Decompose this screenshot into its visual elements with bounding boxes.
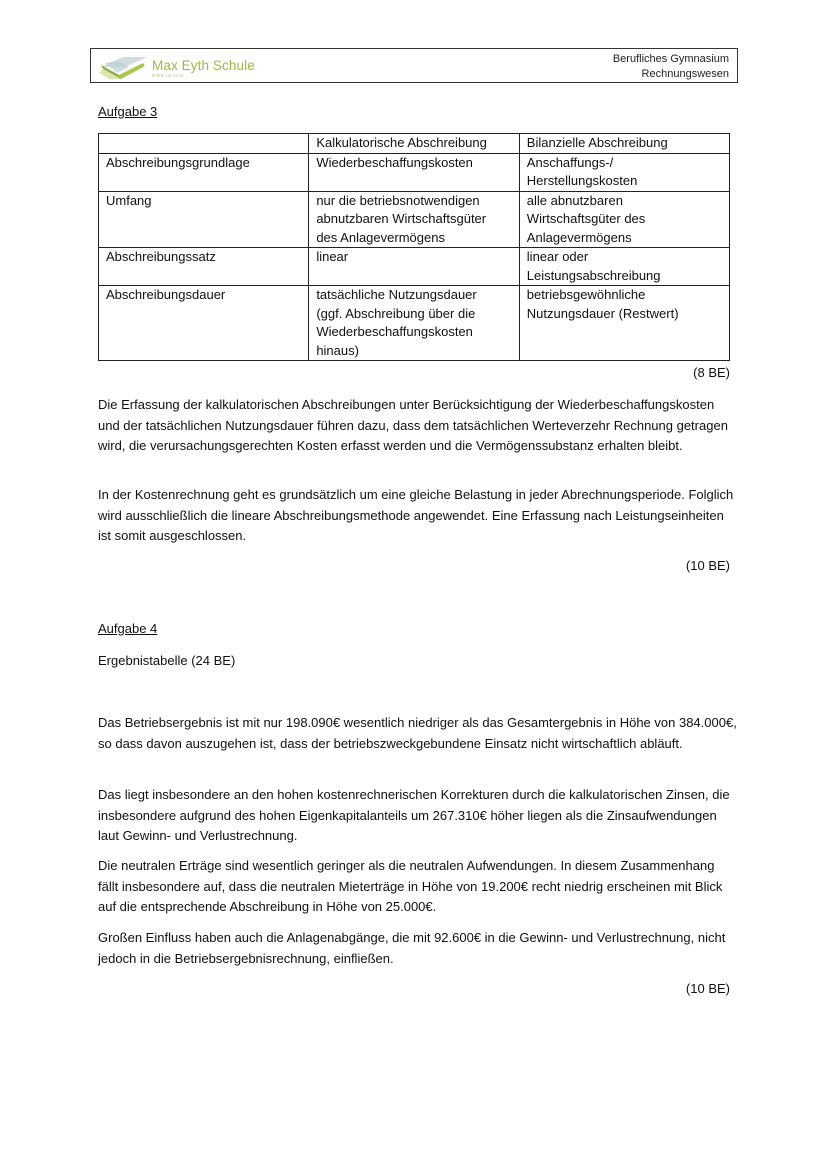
document-page: Max Eyth Schule DREIEICH Berufliches Gym… xyxy=(0,0,828,1171)
row-label: Abschreibungsgrundlage xyxy=(99,153,309,191)
school-name: Max Eyth Schule xyxy=(152,58,255,73)
cell-line: Leistungsabschreibung xyxy=(527,267,722,286)
cell-line: abnutzbaren Wirtschaftsgüter xyxy=(316,210,511,229)
aufgabe3-title: Aufgabe 3 xyxy=(98,104,157,119)
cell-bilanziell: linear oderLeistungsabschreibung xyxy=(519,248,729,286)
school-location: DREIEICH xyxy=(152,73,185,78)
aufgabe4-paragraph-2: Das liegt insbesondere an den hohen kost… xyxy=(98,785,738,847)
comparison-table: Kalkulatorische Abschreibung Bilanzielle… xyxy=(98,133,730,361)
row-label: Abschreibungsdauer xyxy=(99,286,309,361)
school-logo-icon xyxy=(99,53,149,79)
cell-kalkulatorisch: linear xyxy=(309,248,519,286)
table-row: Umfangnur die betriebsnotwendigenabnutzb… xyxy=(99,191,730,248)
cell-kalkulatorisch: tatsächliche Nutzungsdauer(ggf. Abschrei… xyxy=(309,286,519,361)
cell-bilanziell: alle abnutzbarenWirtschaftsgüter desAnla… xyxy=(519,191,729,248)
cell-line: Herstellungskosten xyxy=(527,172,722,191)
course-subject: Rechnungswesen xyxy=(613,67,729,82)
course-info: Berufliches Gymnasium Rechnungswesen xyxy=(613,52,729,81)
course-type: Berufliches Gymnasium xyxy=(613,52,729,67)
cell-line: Nutzungsdauer (Restwert) xyxy=(527,305,722,324)
cell-line: des Anlagevermögens xyxy=(316,229,511,248)
table-row: Abschreibungsdauertatsächliche Nutzungsd… xyxy=(99,286,730,361)
cell-line: tatsächliche Nutzungsdauer xyxy=(316,286,511,305)
aufgabe4-text-points: (10 BE) xyxy=(686,981,730,996)
table-header-kalk: Kalkulatorische Abschreibung xyxy=(309,134,519,154)
table-row: Abschreibungssatzlinearlinear oderLeistu… xyxy=(99,248,730,286)
table-row: AbschreibungsgrundlageWiederbeschaffungs… xyxy=(99,153,730,191)
cell-line: Anschaffungs-/ xyxy=(527,154,722,173)
table-header-bilanz: Bilanzielle Abschreibung xyxy=(519,134,729,154)
cell-bilanziell: Anschaffungs-/Herstellungskosten xyxy=(519,153,729,191)
cell-line: Wirtschaftsgüter des xyxy=(527,210,722,229)
cell-kalkulatorisch: Wiederbeschaffungskosten xyxy=(309,153,519,191)
aufgabe4-paragraph-4: Großen Einfluss haben auch die Anlagenab… xyxy=(98,928,738,969)
cell-line: linear xyxy=(316,248,511,267)
row-label: Umfang xyxy=(99,191,309,248)
page-header: Max Eyth Schule DREIEICH Berufliches Gym… xyxy=(90,48,738,83)
school-logo: Max Eyth Schule DREIEICH xyxy=(99,52,259,80)
cell-line: Anlagevermögens xyxy=(527,229,722,248)
cell-line: linear oder xyxy=(527,248,722,267)
cell-line: Wiederbeschaffungskosten xyxy=(316,323,511,342)
cell-line: betriebsgewöhnliche xyxy=(527,286,722,305)
table-header-row: Kalkulatorische Abschreibung Bilanzielle… xyxy=(99,134,730,154)
aufgabe4-paragraph-3: Die neutralen Erträge sind wesentlich ge… xyxy=(98,856,738,918)
cell-line: hinaus) xyxy=(316,342,511,361)
aufgabe3-text-points: (10 BE) xyxy=(686,558,730,573)
cell-line: (ggf. Abschreibung über die xyxy=(316,305,511,324)
cell-kalkulatorisch: nur die betriebsnotwendigenabnutzbaren W… xyxy=(309,191,519,248)
row-label: Abschreibungssatz xyxy=(99,248,309,286)
cell-line: Wiederbeschaffungskosten xyxy=(316,154,511,173)
aufgabe3-paragraph-1: Die Erfassung der kalkulatorischen Absch… xyxy=(98,395,738,457)
table-header-empty xyxy=(99,134,309,154)
aufgabe3-paragraph-2: In der Kostenrechnung geht es grundsätzl… xyxy=(98,485,738,547)
cell-line: nur die betriebsnotwendigen xyxy=(316,192,511,211)
aufgabe4-paragraph-1: Das Betriebsergebnis ist mit nur 198.090… xyxy=(98,713,738,754)
aufgabe4-title: Aufgabe 4 xyxy=(98,621,157,636)
table-points: (8 BE) xyxy=(693,365,730,380)
cell-bilanziell: betriebsgewöhnlicheNutzungsdauer (Restwe… xyxy=(519,286,729,361)
cell-line: alle abnutzbaren xyxy=(527,192,722,211)
aufgabe4-subtitle: Ergebnistabelle (24 BE) xyxy=(98,651,738,672)
